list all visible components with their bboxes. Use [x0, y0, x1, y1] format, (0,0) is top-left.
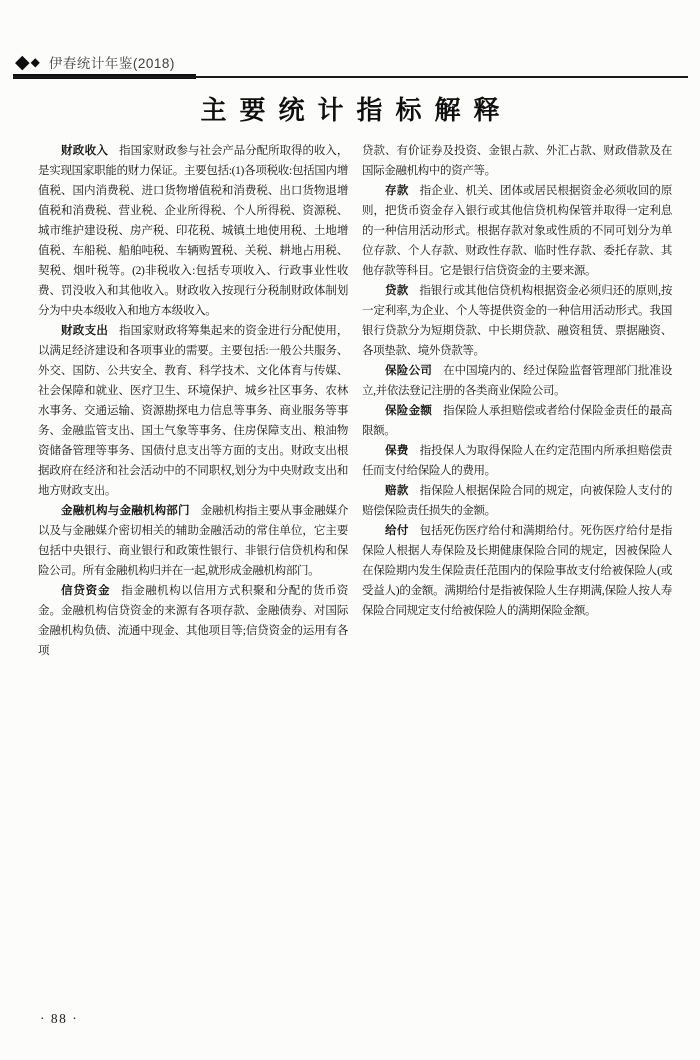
definition-paragraph: 财政收入指国家财政参与社会产品分配所取得的收入，是实现国家职能的财力保证。主要包… [38, 141, 348, 321]
definition-text: 指企业、机关、团体或居民根据资金必须收回的原则，把货币资金存入银行或其他信贷机构… [362, 185, 672, 277]
right-column: 贷款、有价证券及投资、金银占款、外汇占款、财政借款及在国际金融机构中的资产等。 … [362, 141, 672, 661]
term-label: 信贷资金 [61, 585, 110, 597]
definition-paragraph: 金融机构与金融机构部门金融机构指主要从事金融媒介以及与金融媒介密切相关的辅助金融… [38, 501, 348, 581]
definition-text: 包括死伤医疗给付和满期给付。死伤医疗给付是指保险人根据人寿保险及长期健康保险合同… [362, 525, 672, 617]
term-label: 财政收入 [61, 145, 108, 157]
definition-text: 指银行或其他信贷机构根据资金必须归还的原则,按一定利率,为企业、个人等提供资金的… [362, 285, 672, 357]
definition-paragraph: 赔款指保险人根据保险合同的规定，向被保险人支付的赔偿保险责任损失的金额。 [362, 481, 672, 521]
definition-paragraph: 保险金额指保险人承担赔偿或者给付保险金责任的最高限额。 [362, 401, 672, 441]
page-title: 主要统计指标解释 [0, 90, 700, 127]
continuation-paragraph: 贷款、有价证券及投资、金银占款、外汇占款、财政借款及在国际金融机构中的资产等。 [362, 141, 672, 181]
term-label: 保险金额 [385, 405, 432, 417]
term-label: 保险公司 [385, 365, 432, 377]
term-label: 存款 [385, 185, 409, 197]
term-label: 财政支出 [61, 325, 108, 337]
definition-text: 贷款、有价证券及投资、金银占款、外汇占款、财政借款及在国际金融机构中的资产等。 [362, 145, 672, 177]
definition-text: 指国家财政将筹集起来的资金进行分配使用，以满足经济建设和各项事业的需要。主要包括… [38, 325, 348, 497]
diamond-large-icon: ◆ [15, 53, 30, 72]
running-head: ◆ ◆ 伊春统计年鉴(2018) [15, 52, 175, 72]
definition-text: 指国家财政参与社会产品分配所取得的收入，是实现国家职能的财力保证。主要包括:(1… [38, 145, 348, 317]
term-label: 贷款 [385, 285, 408, 297]
left-column: 财政收入指国家财政参与社会产品分配所取得的收入，是实现国家职能的财力保证。主要包… [38, 141, 348, 661]
yearbook-page: ◆ ◆ 伊春统计年鉴(2018) 主要统计指标解释 财政收入指国家财政参与社会产… [0, 0, 700, 1060]
definition-paragraph: 财政支出指国家财政将筹集起来的资金进行分配使用，以满足经济建设和各项事业的需要。… [38, 321, 348, 501]
term-label: 金融机构与金融机构部门 [61, 505, 190, 517]
diamond-small-icon: ◆ [31, 56, 40, 68]
body-content: 财政收入指国家财政参与社会产品分配所取得的收入，是实现国家职能的财力保证。主要包… [38, 141, 672, 661]
definition-paragraph: 贷款指银行或其他信贷机构根据资金必须归还的原则,按一定利率,为企业、个人等提供资… [362, 281, 672, 361]
page-number: · 88 · [40, 1011, 78, 1027]
yearbook-title-text: 伊春统计年鉴(2018) [49, 52, 175, 72]
definition-paragraph: 保险公司在中国境内的、经过保险监督管理部门批准设立,并依法登记注册的各类商业保险… [362, 361, 672, 401]
definition-paragraph: 给付包括死伤医疗给付和满期给付。死伤医疗给付是指保险人根据人寿保险及长期健康保险… [362, 521, 672, 621]
term-label: 给付 [385, 525, 409, 537]
definition-paragraph: 信贷资金指金融机构以信用方式积聚和分配的货币资金。金融机构信贷资金的来源有各项存… [38, 581, 348, 661]
term-label: 保费 [385, 445, 409, 457]
definition-paragraph: 保费指投保人为取得保险人在约定范围内所承担赔偿责任而支付给保险人的费用。 [362, 441, 672, 481]
header-rule-thin [13, 76, 688, 78]
term-label: 赔款 [385, 485, 409, 497]
definition-paragraph: 存款指企业、机关、团体或居民根据资金必须收回的原则，把货币资金存入银行或其他信贷… [362, 181, 672, 281]
